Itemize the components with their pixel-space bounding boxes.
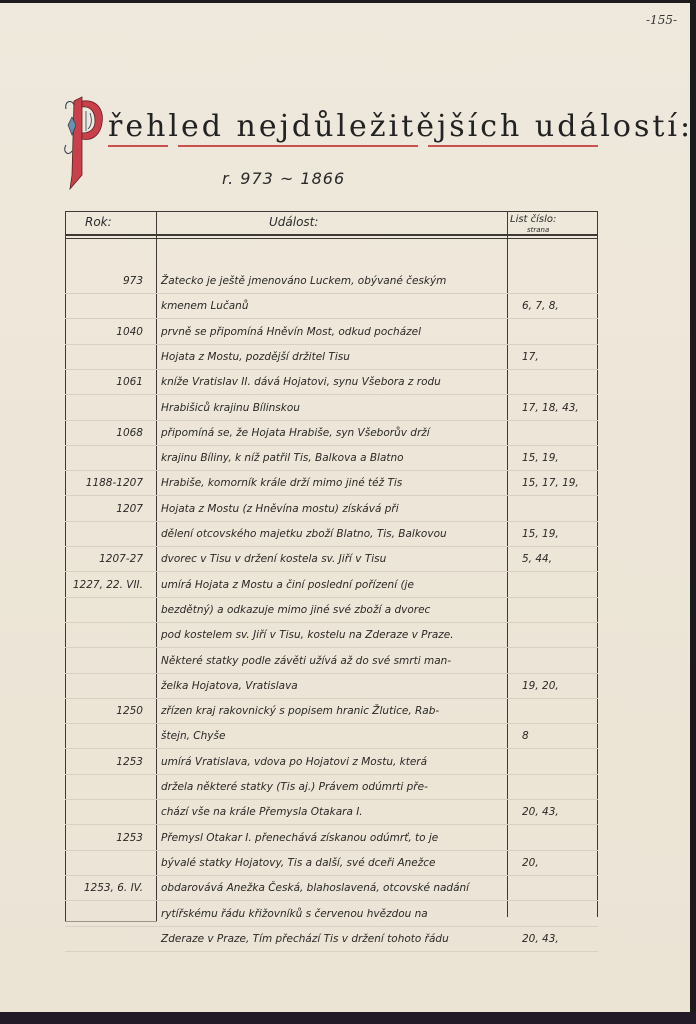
ruled-line	[65, 875, 598, 876]
pages-cell: 15, 17, 19,	[522, 477, 579, 489]
ruled-line	[65, 698, 598, 699]
ruled-line	[65, 673, 598, 674]
year-cell: 1040	[65, 326, 143, 338]
event-cell: dělení otcovského majetku zboží Blatno, …	[161, 528, 447, 540]
pages-cell: 5, 44,	[522, 553, 552, 565]
ruled-line	[65, 723, 598, 724]
header-pages-sub: strana	[527, 226, 549, 234]
event-cell: kmenem Lučanů	[161, 300, 248, 312]
year-cell: 1061	[65, 376, 143, 388]
event-cell: připomíná se, že Hojata Hrabiše, syn Vše…	[161, 427, 430, 439]
year-cell: 1207	[65, 503, 143, 515]
title-text: řehled nejdůležitějších událostí:	[108, 109, 693, 144]
page-title: řehled nejdůležitějších událostí:	[60, 95, 660, 195]
ruled-line	[65, 521, 598, 522]
ruled-line	[65, 293, 598, 294]
ruled-line	[65, 369, 598, 370]
ruled-line	[65, 850, 598, 851]
event-cell: pod kostelem sv. Jiří v Tisu, kostelu na…	[161, 629, 454, 641]
title-underline	[178, 145, 418, 147]
ruled-line	[65, 597, 598, 598]
year-cell: 973	[65, 275, 143, 287]
pages-cell: 6, 7, 8,	[522, 300, 559, 312]
title-underline	[428, 145, 598, 147]
event-cell: obdarovává Anežka Česká, blahoslavená, o…	[161, 882, 469, 894]
event-cell: držela některé statky (Tis aj.) Právem o…	[161, 781, 428, 793]
header-bottom-border-inner	[65, 238, 598, 239]
page-edge-bottom	[0, 1012, 696, 1024]
event-cell: Zderaze v Praze, Tím přechází Tis v drže…	[161, 933, 449, 945]
ruled-line	[65, 748, 598, 749]
year-cell: 1253	[65, 756, 143, 768]
page-edge-right	[690, 0, 696, 1024]
event-cell: Hrabiše, komorník krále drží mimo jiné t…	[161, 477, 402, 489]
ruled-line	[65, 900, 598, 901]
date-range-subtitle: r. 973 ~ 1866	[222, 169, 345, 188]
ruled-line	[65, 394, 598, 395]
table-top-border	[65, 211, 598, 212]
event-cell: bezdětný) a odkazuje mimo jiné své zboží…	[161, 604, 430, 616]
ruled-line	[65, 546, 598, 547]
ruled-line	[65, 318, 598, 319]
ruled-line	[65, 774, 598, 775]
pages-cell: 15, 19,	[522, 528, 559, 540]
event-cell: Hojata z Mostu (z Hněvína mostu) získává…	[161, 503, 399, 515]
ruled-line	[65, 445, 598, 446]
year-cell: 1188-1207	[65, 477, 143, 489]
page-number: -155-	[646, 13, 677, 27]
header-event: Událost:	[269, 215, 318, 229]
pages-cell: 20,	[522, 857, 539, 869]
ruled-line	[65, 470, 598, 471]
year-cell: 1253, 6. IV.	[65, 882, 143, 894]
header-pages: List číslo:	[510, 214, 556, 225]
ruled-line	[65, 951, 598, 952]
document-page: -155- řehled nejdůležitějších událostí: …	[0, 3, 690, 1012]
ruled-line	[65, 824, 598, 825]
events-table: Rok: Událost: List číslo: strana 973Žate…	[65, 211, 598, 923]
event-cell: Žatecko je ještě jmenováno Luckem, obýva…	[161, 275, 446, 287]
ruled-line	[65, 420, 598, 421]
event-cell: Hojata z Mostu, pozdější držitel Tisu	[161, 351, 350, 363]
ruled-line	[65, 799, 598, 800]
event-cell: rytířskému řádu křižovníků s červenou hv…	[161, 908, 428, 920]
header-bottom-border	[65, 234, 598, 236]
event-cell: bývalé statky Hojatovy, Tis a další, své…	[161, 857, 436, 869]
event-column-divider	[507, 211, 508, 917]
event-cell: štejn, Chyše	[161, 730, 225, 742]
event-cell: chází vše na krále Přemysla Otakara I.	[161, 806, 363, 818]
table-right-border	[597, 211, 598, 917]
event-cell: Některé statky podle závěti užívá až do …	[161, 655, 451, 667]
year-column-bottom	[65, 921, 157, 922]
pages-cell: 20, 43,	[522, 933, 559, 945]
event-cell: dvorec v Tisu v držení kostela sv. Jiří …	[161, 553, 386, 565]
ruled-line	[65, 926, 598, 927]
ruled-line	[65, 647, 598, 648]
event-cell: kníže Vratislav II. dává Hojatovi, synu …	[161, 376, 441, 388]
pages-cell: 15, 19,	[522, 452, 559, 464]
illuminated-initial-icon	[62, 95, 106, 191]
year-cell: 1250	[65, 705, 143, 717]
event-cell: Přemysl Otakar I. přenechává získanou od…	[161, 832, 438, 844]
pages-cell: 19, 20,	[522, 680, 559, 692]
year-cell: 1227, 22. VII.	[65, 579, 143, 591]
event-cell: Hrabišiců krajinu Bílinskou	[161, 402, 300, 414]
year-cell: 1068	[65, 427, 143, 439]
title-underline	[108, 145, 168, 147]
pages-cell: 17,	[522, 351, 539, 363]
event-cell: umírá Vratislava, vdova po Hojatovi z Mo…	[161, 756, 427, 768]
event-cell: želka Hojatova, Vratislava	[161, 680, 298, 692]
ruled-line	[65, 571, 598, 572]
event-cell: zřízen kraj rakovnický s popisem hranic …	[161, 705, 439, 717]
header-year: Rok:	[85, 215, 112, 229]
year-cell: 1253	[65, 832, 143, 844]
ruled-line	[65, 495, 598, 496]
pages-cell: 20, 43,	[522, 806, 559, 818]
pages-cell: 8	[522, 730, 529, 742]
year-cell: 1207-27	[65, 553, 143, 565]
event-cell: krajinu Bíliny, k níž patřil Tis, Balkov…	[161, 452, 404, 464]
ruled-line	[65, 344, 598, 345]
event-cell: umírá Hojata z Mostu a činí poslední poř…	[161, 579, 414, 591]
pages-cell: 17, 18, 43,	[522, 402, 579, 414]
event-cell: prvně se připomíná Hněvín Most, odkud po…	[161, 326, 421, 338]
ruled-line	[65, 622, 598, 623]
